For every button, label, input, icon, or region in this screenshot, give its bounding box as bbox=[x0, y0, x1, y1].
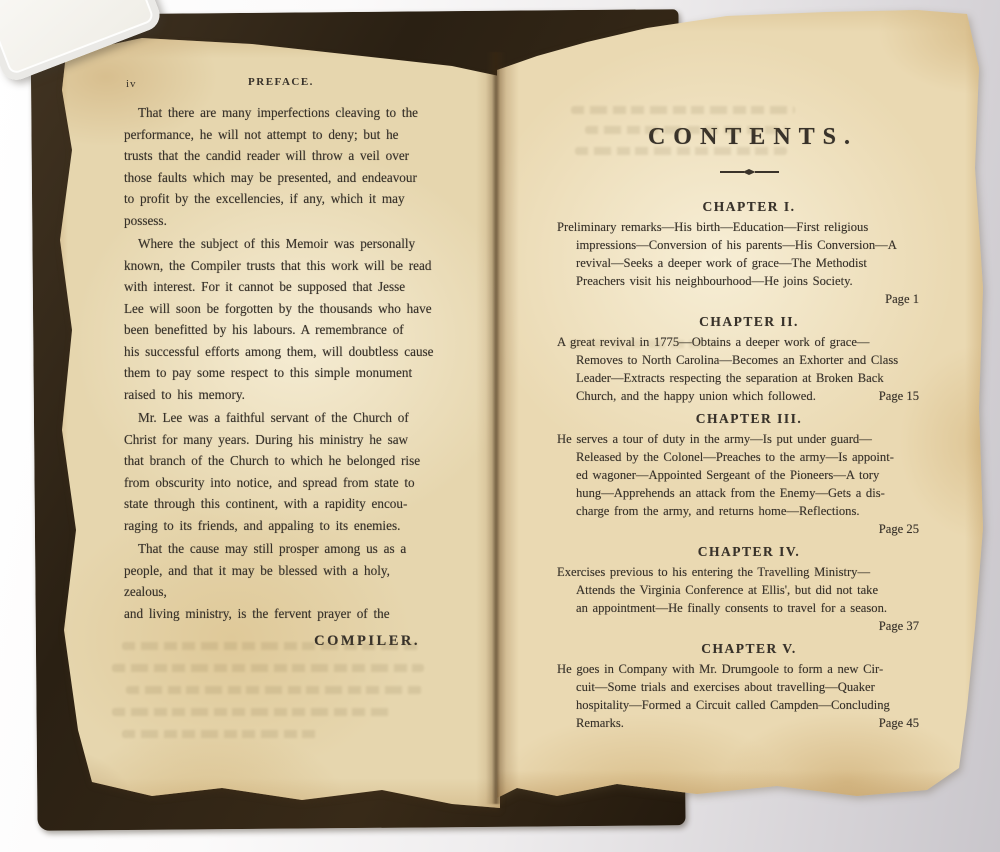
chapter-summary: Preliminary remarks—His birth—Education—… bbox=[557, 218, 941, 290]
show-through-text bbox=[571, 106, 795, 114]
show-through-text bbox=[126, 686, 422, 694]
preface-paragraph: Where the subject of this Memoir was per… bbox=[124, 233, 438, 405]
photo-background: iv PREFACE. That there are many imperfec… bbox=[0, 0, 1000, 852]
chapter-page-ref: Page 1 bbox=[557, 290, 941, 308]
show-through-text bbox=[122, 730, 320, 738]
show-through-text bbox=[575, 147, 787, 155]
right-page: CONTENTS. CHAPTER I.Preliminary remarks—… bbox=[497, 8, 983, 798]
toc-chapter: CHAPTER I.Preliminary remarks—His birth—… bbox=[557, 199, 941, 308]
show-through-text bbox=[122, 642, 422, 650]
right-page-wrap: CONTENTS. CHAPTER I.Preliminary remarks—… bbox=[497, 8, 983, 798]
book-gutter bbox=[486, 52, 506, 804]
chapter-page-ref: Page 37 bbox=[557, 617, 941, 635]
chapter-page-ref: Page 25 bbox=[557, 520, 941, 538]
chapter-summary: Exercises previous to his entering the T… bbox=[557, 563, 941, 617]
chapter-list: CHAPTER I.Preliminary remarks—His birth—… bbox=[557, 199, 941, 732]
show-through-text bbox=[112, 664, 424, 672]
left-page-header: iv PREFACE. bbox=[124, 76, 438, 92]
page-number: iv bbox=[126, 78, 137, 90]
show-through-text bbox=[112, 708, 392, 716]
preface-paragraph: That the cause may still prosper among u… bbox=[124, 538, 438, 624]
toc-chapter: CHAPTER III.He serves a tour of duty in … bbox=[557, 411, 941, 538]
preface-body: That there are many imperfections cleavi… bbox=[124, 102, 438, 624]
ornamental-divider bbox=[557, 169, 941, 175]
chapter-heading: CHAPTER III. bbox=[557, 411, 941, 427]
show-through-text bbox=[569, 340, 719, 348]
running-header: PREFACE. bbox=[124, 76, 438, 88]
left-page: iv PREFACE. That there are many imperfec… bbox=[52, 30, 500, 810]
show-through-text bbox=[585, 126, 787, 134]
chapter-heading: CHAPTER V. bbox=[557, 641, 941, 657]
chapter-heading: CHAPTER I. bbox=[557, 199, 941, 215]
divider-rule bbox=[720, 171, 744, 173]
left-page-wrap: iv PREFACE. That there are many imperfec… bbox=[52, 30, 500, 810]
toc-chapter: CHAPTER V.He goes in Company with Mr. Dr… bbox=[557, 641, 941, 732]
chapter-heading: CHAPTER II. bbox=[557, 314, 941, 330]
divider-diamond-icon bbox=[743, 169, 756, 175]
chapter-summary: He serves a tour of duty in the army—Is … bbox=[557, 430, 941, 520]
chapter-heading: CHAPTER IV. bbox=[557, 544, 941, 560]
toc-chapter: CHAPTER II.A great revival in 1775—Obtai… bbox=[557, 314, 941, 405]
divider-rule bbox=[755, 171, 779, 173]
preface-paragraph: Mr. Lee was a faithful servant of the Ch… bbox=[124, 407, 438, 536]
preface-paragraph: That there are many imperfections cleavi… bbox=[124, 102, 438, 231]
toc-chapter: CHAPTER IV.Exercises previous to his ent… bbox=[557, 544, 941, 635]
